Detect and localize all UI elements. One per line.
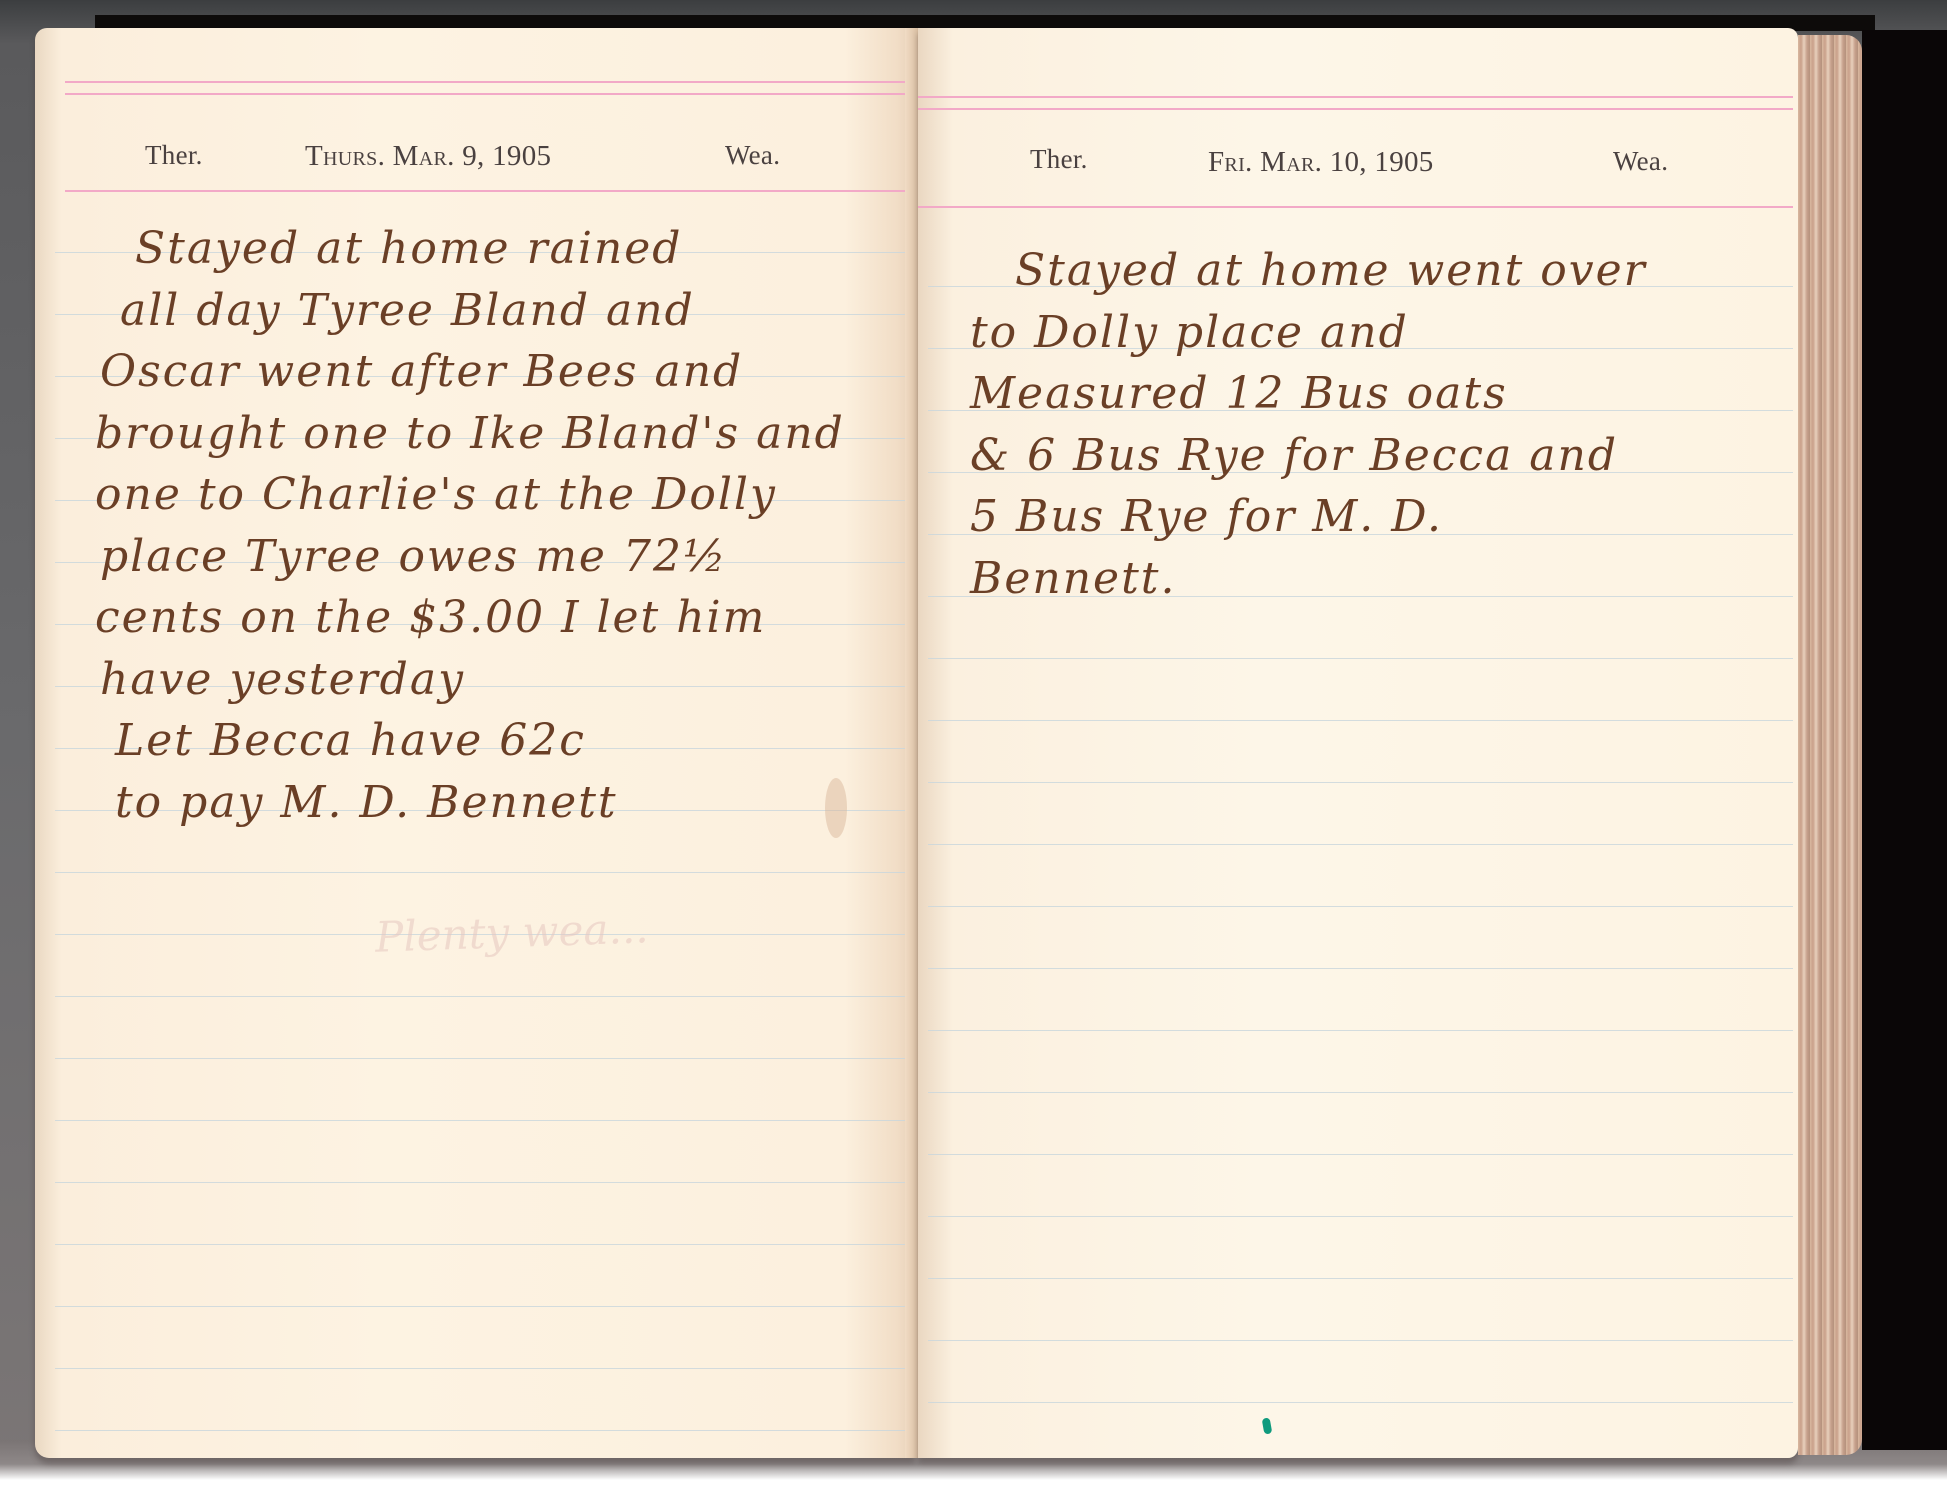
entry-line: place Tyree owes me 72½ xyxy=(95,526,845,588)
right-page-wea-label: Wea. xyxy=(1613,146,1668,177)
entry-line: Oscar went after Bees and xyxy=(95,341,845,403)
left-page-wea-label: Wea. xyxy=(725,140,780,171)
ruled-line xyxy=(55,996,905,997)
header-rule-top xyxy=(918,96,1793,98)
header-rule-bottom xyxy=(65,190,915,192)
entry-line: have yesterday xyxy=(95,649,845,711)
entry-line: to pay M. D. Bennett xyxy=(95,772,845,834)
entry-line: brought one to Ike Bland's and xyxy=(95,403,845,465)
entry-line: all day Tyree Bland and xyxy=(95,280,845,342)
ink-bleed-through: Plenty wea... xyxy=(374,903,649,962)
ruled-line xyxy=(928,1154,1793,1155)
entry-line: Measured 12 Bus oats xyxy=(970,363,1647,425)
left-page: Ther. Thurs. Mar. 9, 1905 Wea. Plenty we… xyxy=(35,28,915,1458)
ruled-line xyxy=(928,1340,1793,1341)
entry-line: one to Charlie's at the Dolly xyxy=(95,464,845,526)
entry-line: to Dolly place and xyxy=(970,302,1647,364)
header-rule-bottom xyxy=(918,206,1793,208)
ruled-line xyxy=(55,1306,905,1307)
entry-line: & 6 Bus Rye for Becca and xyxy=(970,425,1647,487)
ruled-line xyxy=(928,906,1793,907)
entry-line: Bennett. xyxy=(970,548,1647,610)
ruled-line xyxy=(55,872,905,873)
ruled-line xyxy=(928,658,1793,659)
ruled-line xyxy=(55,1368,905,1369)
entry-line: Stayed at home rained xyxy=(95,218,845,280)
ruled-line xyxy=(928,844,1793,845)
right-page: Ther. Fri. Mar. 10, 1905 Wea. Stayed at … xyxy=(918,28,1798,1458)
entry-line: Let Becca have 62c xyxy=(95,710,845,772)
page-edges xyxy=(1798,35,1862,1455)
ruled-line xyxy=(55,1120,905,1121)
right-page-ther-label: Ther. xyxy=(1030,144,1088,175)
ruled-line xyxy=(928,1092,1793,1093)
entry-line: cents on the $3.00 I let him xyxy=(95,587,845,649)
header-rule-top-double xyxy=(65,93,915,95)
ruled-line xyxy=(928,1030,1793,1031)
ruled-line xyxy=(55,1244,905,1245)
ruled-line xyxy=(928,968,1793,969)
left-page-ther-label: Ther. xyxy=(145,140,203,171)
ruled-line xyxy=(928,1278,1793,1279)
ruled-line xyxy=(928,720,1793,721)
entry-line: Stayed at home went over xyxy=(970,240,1647,302)
left-entry-handwriting: Stayed at home rainedall day Tyree Bland… xyxy=(95,218,845,833)
header-rule-top-double xyxy=(918,108,1793,110)
ruled-line xyxy=(55,1182,905,1183)
book-cover-right xyxy=(1862,30,1947,1450)
left-page-date: Thurs. Mar. 9, 1905 xyxy=(305,140,551,173)
ruled-line xyxy=(928,782,1793,783)
right-entry-handwriting: Stayed at home went overto Dolly place a… xyxy=(970,240,1647,609)
ruled-line xyxy=(928,1402,1793,1403)
header-rule-top xyxy=(65,81,915,83)
ruled-line xyxy=(928,1216,1793,1217)
ruled-line xyxy=(55,1058,905,1059)
right-page-date: Fri. Mar. 10, 1905 xyxy=(1208,146,1434,179)
ruled-line xyxy=(55,1430,905,1431)
entry-line: 5 Bus Rye for M. D. xyxy=(970,486,1647,548)
